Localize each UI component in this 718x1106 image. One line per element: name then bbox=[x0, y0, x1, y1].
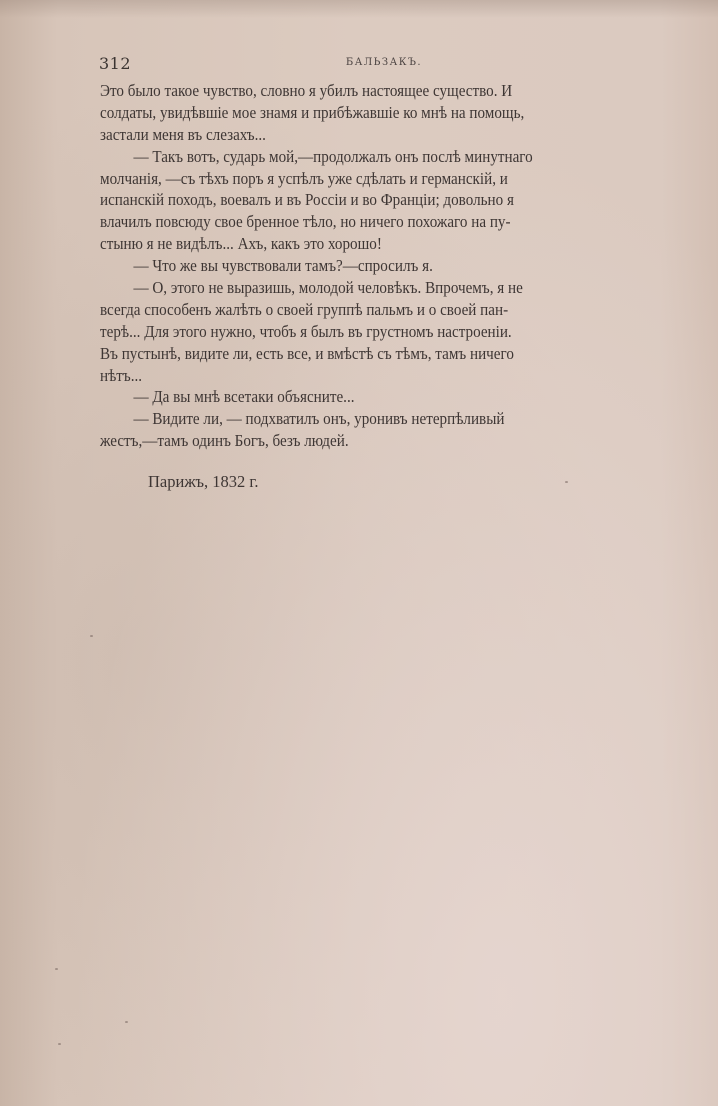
text-line: жестъ,—тамъ одинъ Богъ, безъ людей. bbox=[100, 430, 602, 452]
text-line: молчанія, —съ тѣхъ поръ я успѣлъ уже сдѣ… bbox=[100, 168, 602, 190]
text-line: — Видите ли, — подхватилъ онъ, уронивъ н… bbox=[100, 408, 602, 430]
text-line: застали меня въ слезахъ... bbox=[100, 124, 602, 146]
paper-speck bbox=[58, 1043, 61, 1045]
text-line: — Такъ вотъ, сударь мой,—продолжалъ онъ … bbox=[100, 146, 602, 168]
text-line: стыню я не видѣлъ... Ахъ, какъ это хорош… bbox=[100, 233, 602, 255]
paper-speck bbox=[565, 481, 568, 483]
body-text: Это было такое чувство, словно я убилъ н… bbox=[100, 80, 602, 452]
book-page: 312 БАЛЬЗАКЪ. Это было такое чувство, сл… bbox=[0, 0, 718, 1106]
text-line: терѣ... Для этого нужно, чтобъ я былъ въ… bbox=[100, 321, 602, 343]
text-line: Это было такое чувство, словно я убилъ н… bbox=[100, 80, 602, 102]
place-date-signature: Парижъ, 1832 г. bbox=[148, 472, 258, 492]
paper-speck bbox=[55, 968, 58, 970]
paper-speck bbox=[125, 1021, 128, 1023]
text-line: испанскій походъ, воевалъ и въ Россіи и … bbox=[100, 189, 602, 211]
text-line: солдаты, увидѣвшіе мое знамя и прибѣжавш… bbox=[100, 102, 602, 124]
running-title: БАЛЬЗАКЪ. bbox=[99, 57, 669, 68]
running-head: 312 БАЛЬЗАКЪ. bbox=[99, 54, 669, 76]
paper-speck bbox=[90, 635, 93, 637]
page-top-shadow bbox=[0, 0, 718, 18]
text-line: влачилъ повсюду свое бренное тѣло, но ни… bbox=[100, 211, 602, 233]
text-line: — О, этого не выразишь, молодой человѣкъ… bbox=[100, 277, 602, 299]
text-line: — Да вы мнѣ всетаки объясните... bbox=[100, 386, 602, 408]
text-line: нѣтъ... bbox=[100, 365, 602, 387]
text-line: Въ пустынѣ, видите ли, есть все, и вмѣст… bbox=[100, 343, 602, 365]
text-line: всегда способенъ жалѣть о своей группѣ п… bbox=[100, 299, 602, 321]
text-line: — Что же вы чувствовали тамъ?—спросилъ я… bbox=[100, 255, 602, 277]
